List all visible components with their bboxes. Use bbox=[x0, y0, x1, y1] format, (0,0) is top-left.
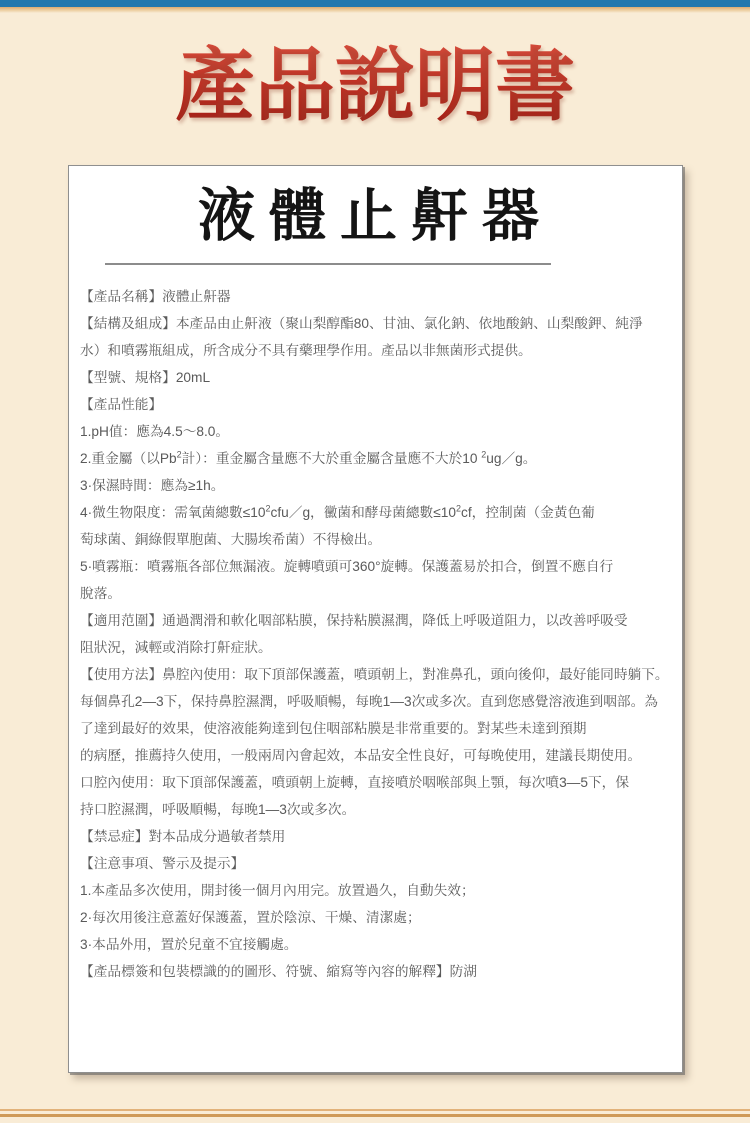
text-segment: 【注意事項、警示及提示】 bbox=[80, 856, 244, 871]
text-segment: 1.pH值：應為4.5～8.0。 bbox=[80, 424, 229, 439]
text-segment: 【產品性能】 bbox=[80, 397, 162, 412]
text-line: 2·每次用後注意蓋好保護蓋，置於陰涼、干燥、清潔處； bbox=[80, 904, 682, 931]
text-segment: 脫落。 bbox=[80, 586, 121, 601]
text-segment: 計）：重金屬含量應不大於重金屬含量應不大於10 bbox=[182, 451, 482, 466]
text-segment: 【結構及組成】本產品由止鼾液（聚山梨醇酯80、甘油、氯化鈉、依地酸鈉、山梨酸鉀、… bbox=[80, 316, 643, 331]
text-segment: 【產品名稱】液體止鼾器 bbox=[80, 289, 231, 304]
text-line: 【注意事項、警示及提示】 bbox=[80, 850, 682, 877]
text-line: 持口腔濕潤，呼吸順暢，每晚1—3次或多次。 bbox=[80, 796, 682, 823]
text-segment: 4·微生物限度：需氧菌總數≤10 bbox=[80, 505, 265, 520]
page: 產品說明書 液體止鼾器 【產品名稱】液體止鼾器【結構及組成】本產品由止鼾液（聚山… bbox=[0, 0, 750, 1123]
text-segment: cfu／g，黴菌和酵母菌總數≤10 bbox=[271, 505, 456, 520]
text-segment: 水）和噴霧瓶組成，所含成分不具有藥理學作用。產品以非無菌形式提供。 bbox=[80, 343, 532, 358]
text-line: 【禁忌症】對本品成分過敏者禁用 bbox=[80, 823, 682, 850]
text-line: 2.重金屬（以Pb2計）：重金屬含量應不大於重金屬含量應不大於10 2ug／g。 bbox=[80, 445, 682, 472]
text-segment: 每個鼻孔2—3下，保持鼻腔濕潤，呼吸順暢，每晚1—3次或多次。直到您感覺溶液進到… bbox=[80, 694, 658, 709]
product-title: 液體止鼾器 bbox=[69, 184, 682, 248]
text-line: 口腔內使用：取下頂部保護蓋，噴頭朝上旋轉，直接噴於咽喉部與上顎，每次噴3—5下，… bbox=[80, 769, 682, 796]
text-segment: 萄球菌、銅綠假單胞菌、大腸埃希菌）不得檢出。 bbox=[80, 532, 381, 547]
text-segment: 2·每次用後注意蓋好保護蓋，置於陰涼、干燥、清潔處； bbox=[80, 910, 421, 925]
text-line: 【型號、規格】20mL bbox=[80, 364, 682, 391]
bottom-frame bbox=[0, 1109, 750, 1117]
text-line: 【產品名稱】液體止鼾器 bbox=[80, 283, 682, 310]
text-segment: 阻狀況，減輕或消除打鼾症狀。 bbox=[80, 640, 272, 655]
text-segment: 5·噴霧瓶：噴霧瓶各部位無漏液。旋轉噴頭可360°旋轉。保護蓋易於扣合，倒置不應… bbox=[80, 559, 613, 574]
text-segment: 【適用范圍】通過潤滑和軟化咽部粘膜，保持粘膜濕潤，降低上呼吸道阻力，以改善呼吸受 bbox=[80, 613, 628, 628]
text-line: 水）和噴霧瓶組成，所含成分不具有藥理學作用。產品以非無菌形式提供。 bbox=[80, 337, 682, 364]
text-line: 3·保濕時間：應為≥1h。 bbox=[80, 472, 682, 499]
text-line: 【適用范圍】通過潤滑和軟化咽部粘膜，保持粘膜濕潤，降低上呼吸道阻力，以改善呼吸受 bbox=[80, 607, 682, 634]
text-line: 4·微生物限度：需氧菌總數≤102cfu／g，黴菌和酵母菌總數≤102cf，控制… bbox=[80, 499, 682, 526]
text-line: 3·本品外用，置於兒童不宜接觸處。 bbox=[80, 931, 682, 958]
text-line: 【產品標簽和包裝標識的的圖形、符號、縮寫等內容的解釋】防湖 bbox=[80, 958, 682, 985]
text-segment: 的病歷，推薦持久使用，一般兩周內會起效，本品安全性良好，可每晚使用，建議長期使用… bbox=[80, 748, 641, 763]
document-body: 【產品名稱】液體止鼾器【結構及組成】本產品由止鼾液（聚山梨醇酯80、甘油、氯化鈉… bbox=[69, 283, 682, 985]
text-segment: 【型號、規格】20mL bbox=[80, 370, 210, 385]
text-line: 【結構及組成】本產品由止鼾液（聚山梨醇酯80、甘油、氯化鈉、依地酸鈉、山梨酸鉀、… bbox=[80, 310, 682, 337]
text-line: 1.pH值：應為4.5～8.0。 bbox=[80, 418, 682, 445]
text-line: 1.本產品多次使用，開封後一個月內用完。放置過久，自動失效； bbox=[80, 877, 682, 904]
text-line: 【使用方法】鼻腔內使用：取下頂部保護蓋，噴頭朝上，對准鼻孔，頭向後仰，最好能同時… bbox=[80, 661, 682, 688]
text-segment: 【使用方法】鼻腔內使用：取下頂部保護蓋，噴頭朝上，對准鼻孔，頭向後仰，最好能同時… bbox=[80, 667, 669, 682]
text-line: 的病歷，推薦持久使用，一般兩周內會起效，本品安全性良好，可每晚使用，建議長期使用… bbox=[80, 742, 682, 769]
text-segment: 3·本品外用，置於兒童不宜接觸處。 bbox=[80, 937, 298, 952]
text-line: 萄球菌、銅綠假單胞菌、大腸埃希菌）不得檢出。 bbox=[80, 526, 682, 553]
instruction-sheet: 液體止鼾器 【產品名稱】液體止鼾器【結構及組成】本產品由止鼾液（聚山梨醇酯80、… bbox=[68, 165, 683, 1073]
text-line: 【產品性能】 bbox=[80, 391, 682, 418]
text-segment: 口腔內使用：取下頂部保護蓋，噴頭朝上旋轉，直接噴於咽喉部與上顎，每次噴3—5下，… bbox=[80, 775, 629, 790]
text-line: 了達到最好的效果，使溶液能夠達到包住咽部粘膜是非常重要的。對某些未達到預期 bbox=[80, 715, 682, 742]
text-segment: 2.重金屬（以Pb bbox=[80, 451, 177, 466]
text-segment: 【禁忌症】對本品成分過敏者禁用 bbox=[80, 829, 285, 844]
title-divider bbox=[105, 263, 551, 265]
text-segment: 了達到最好的效果，使溶液能夠達到包住咽部粘膜是非常重要的。對某些未達到預期 bbox=[80, 721, 586, 736]
text-line: 每個鼻孔2—3下，保持鼻腔濕潤，呼吸順暢，每晚1—3次或多次。直到您感覺溶液進到… bbox=[80, 688, 682, 715]
page-title: 產品說明書 bbox=[0, 38, 750, 134]
top-bar-accent bbox=[0, 7, 750, 13]
text-segment: cf，控制菌（金黃色葡 bbox=[461, 505, 595, 520]
text-segment: 3·保濕時間：應為≥1h。 bbox=[80, 478, 224, 493]
text-segment: 【產品標簽和包裝標識的的圖形、符號、縮寫等內容的解釋】防湖 bbox=[80, 964, 477, 979]
text-line: 阻狀況，減輕或消除打鼾症狀。 bbox=[80, 634, 682, 661]
text-segment: 持口腔濕潤，呼吸順暢，每晚1—3次或多次。 bbox=[80, 802, 355, 817]
text-segment: 1.本產品多次使用，開封後一個月內用完。放置過久，自動失效； bbox=[80, 883, 475, 898]
text-line: 脫落。 bbox=[80, 580, 682, 607]
text-segment: ug／g。 bbox=[486, 451, 536, 466]
top-bar bbox=[0, 0, 750, 7]
text-line: 5·噴霧瓶：噴霧瓶各部位無漏液。旋轉噴頭可360°旋轉。保護蓋易於扣合，倒置不應… bbox=[80, 553, 682, 580]
